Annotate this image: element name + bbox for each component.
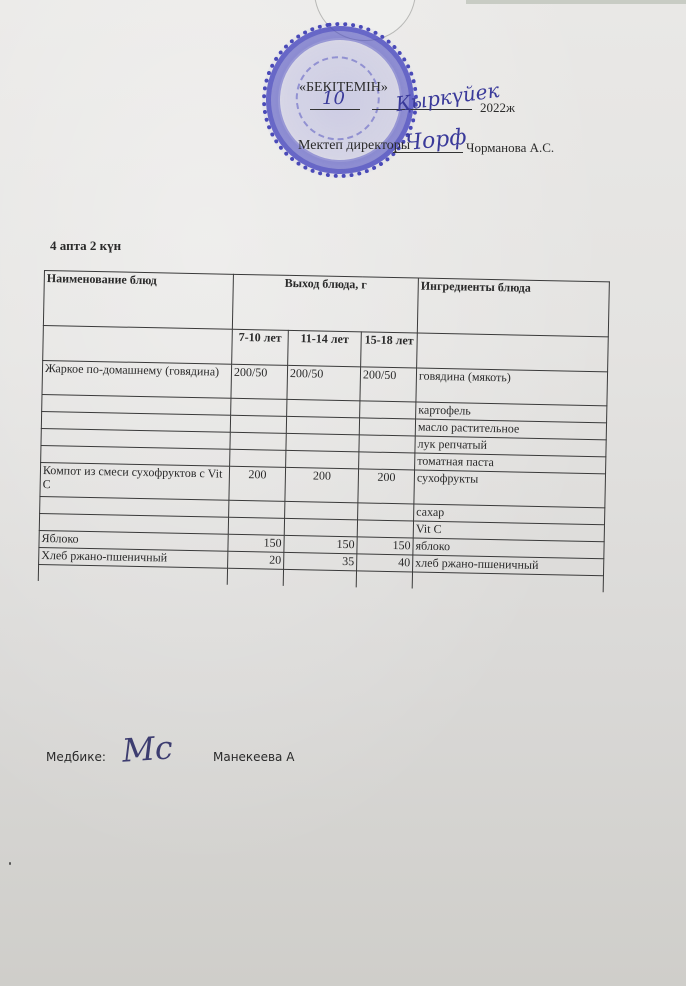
yield-7-10-cell xyxy=(230,432,286,450)
approval-year: 2022ж xyxy=(480,100,515,116)
yield-15-18-cell: 40 xyxy=(357,554,413,572)
yield-15-18-cell: 150 xyxy=(357,537,413,555)
subheader-empty-ingredients xyxy=(417,333,609,372)
yield-15-18-cell: 200 xyxy=(358,469,415,504)
header-dish-name: Наименование блюд xyxy=(43,271,233,330)
subheader-empty xyxy=(43,325,233,364)
yield-15-18-cell xyxy=(359,452,415,470)
yield-11-14-cell xyxy=(287,399,360,417)
header-ingredients: Ингредиенты блюда xyxy=(417,278,609,337)
yield-11-14-cell: 35 xyxy=(284,552,357,570)
yield-15-18-cell xyxy=(358,503,414,521)
dish-name-cell: Компот из смеси сухофруктов с Vit C xyxy=(40,462,230,500)
yield-7-10-cell xyxy=(230,449,286,467)
empty-cell xyxy=(38,564,227,584)
day-line xyxy=(310,109,360,110)
medic-label: Медбике: xyxy=(46,750,106,764)
yield-11-14-cell xyxy=(286,450,359,468)
dish-name-cell: Жаркое по-домашнему (говядина) xyxy=(42,360,232,398)
menu-table-wrapper: Наименование блюд Выход блюда, г Ингреди… xyxy=(38,270,609,592)
yield-7-10-cell: 150 xyxy=(228,534,284,552)
yield-11-14-cell: 200 xyxy=(285,467,359,502)
yield-11-14-cell: 200/50 xyxy=(287,365,361,400)
yield-11-14-cell xyxy=(285,501,358,519)
director-name: Чорманова А.С. xyxy=(466,140,554,156)
day-title: 4 апта 2 күн xyxy=(50,238,121,254)
frame-edge xyxy=(466,0,686,4)
menu-table: Наименование блюд Выход блюда, г Ингреди… xyxy=(38,270,610,592)
subheader-age-11-14: 11-14 лет xyxy=(288,330,362,366)
yield-11-14-cell xyxy=(286,433,359,451)
yield-7-10-cell xyxy=(230,415,286,433)
yield-7-10-cell: 20 xyxy=(228,551,284,569)
medic-name: Манекеева А xyxy=(213,750,294,764)
yield-11-14-cell xyxy=(284,518,357,536)
empty-cell xyxy=(227,568,283,586)
paper-speck xyxy=(9,862,11,865)
yield-11-14-cell: 150 xyxy=(284,535,357,553)
subheader-age-15-18: 15-18 лет xyxy=(361,332,418,368)
yield-15-18-cell xyxy=(360,401,416,419)
yield-7-10-cell: 200 xyxy=(229,466,286,501)
handwritten-day: 10 xyxy=(322,88,345,109)
yield-7-10-cell xyxy=(229,500,285,518)
ingredient-cell: сухофрукты xyxy=(414,470,606,508)
yield-15-18-cell xyxy=(357,520,413,538)
header-yield: Выход блюда, г xyxy=(232,274,418,333)
medic-signature: Мс xyxy=(121,728,174,769)
empty-cell xyxy=(356,571,412,589)
yield-15-18-cell: 200/50 xyxy=(360,367,417,402)
empty-cell xyxy=(412,572,603,592)
yield-15-18-cell xyxy=(359,435,415,453)
yield-11-14-cell xyxy=(286,416,359,434)
subheader-age-7-10: 7-10 лет xyxy=(232,329,289,365)
yield-7-10-cell xyxy=(231,398,287,416)
yield-7-10-cell xyxy=(228,517,284,535)
yield-15-18-cell xyxy=(359,418,415,436)
ingredient-cell: говядина (мякоть) xyxy=(416,368,608,406)
empty-cell xyxy=(283,569,356,587)
yield-7-10-cell: 200/50 xyxy=(231,364,288,399)
